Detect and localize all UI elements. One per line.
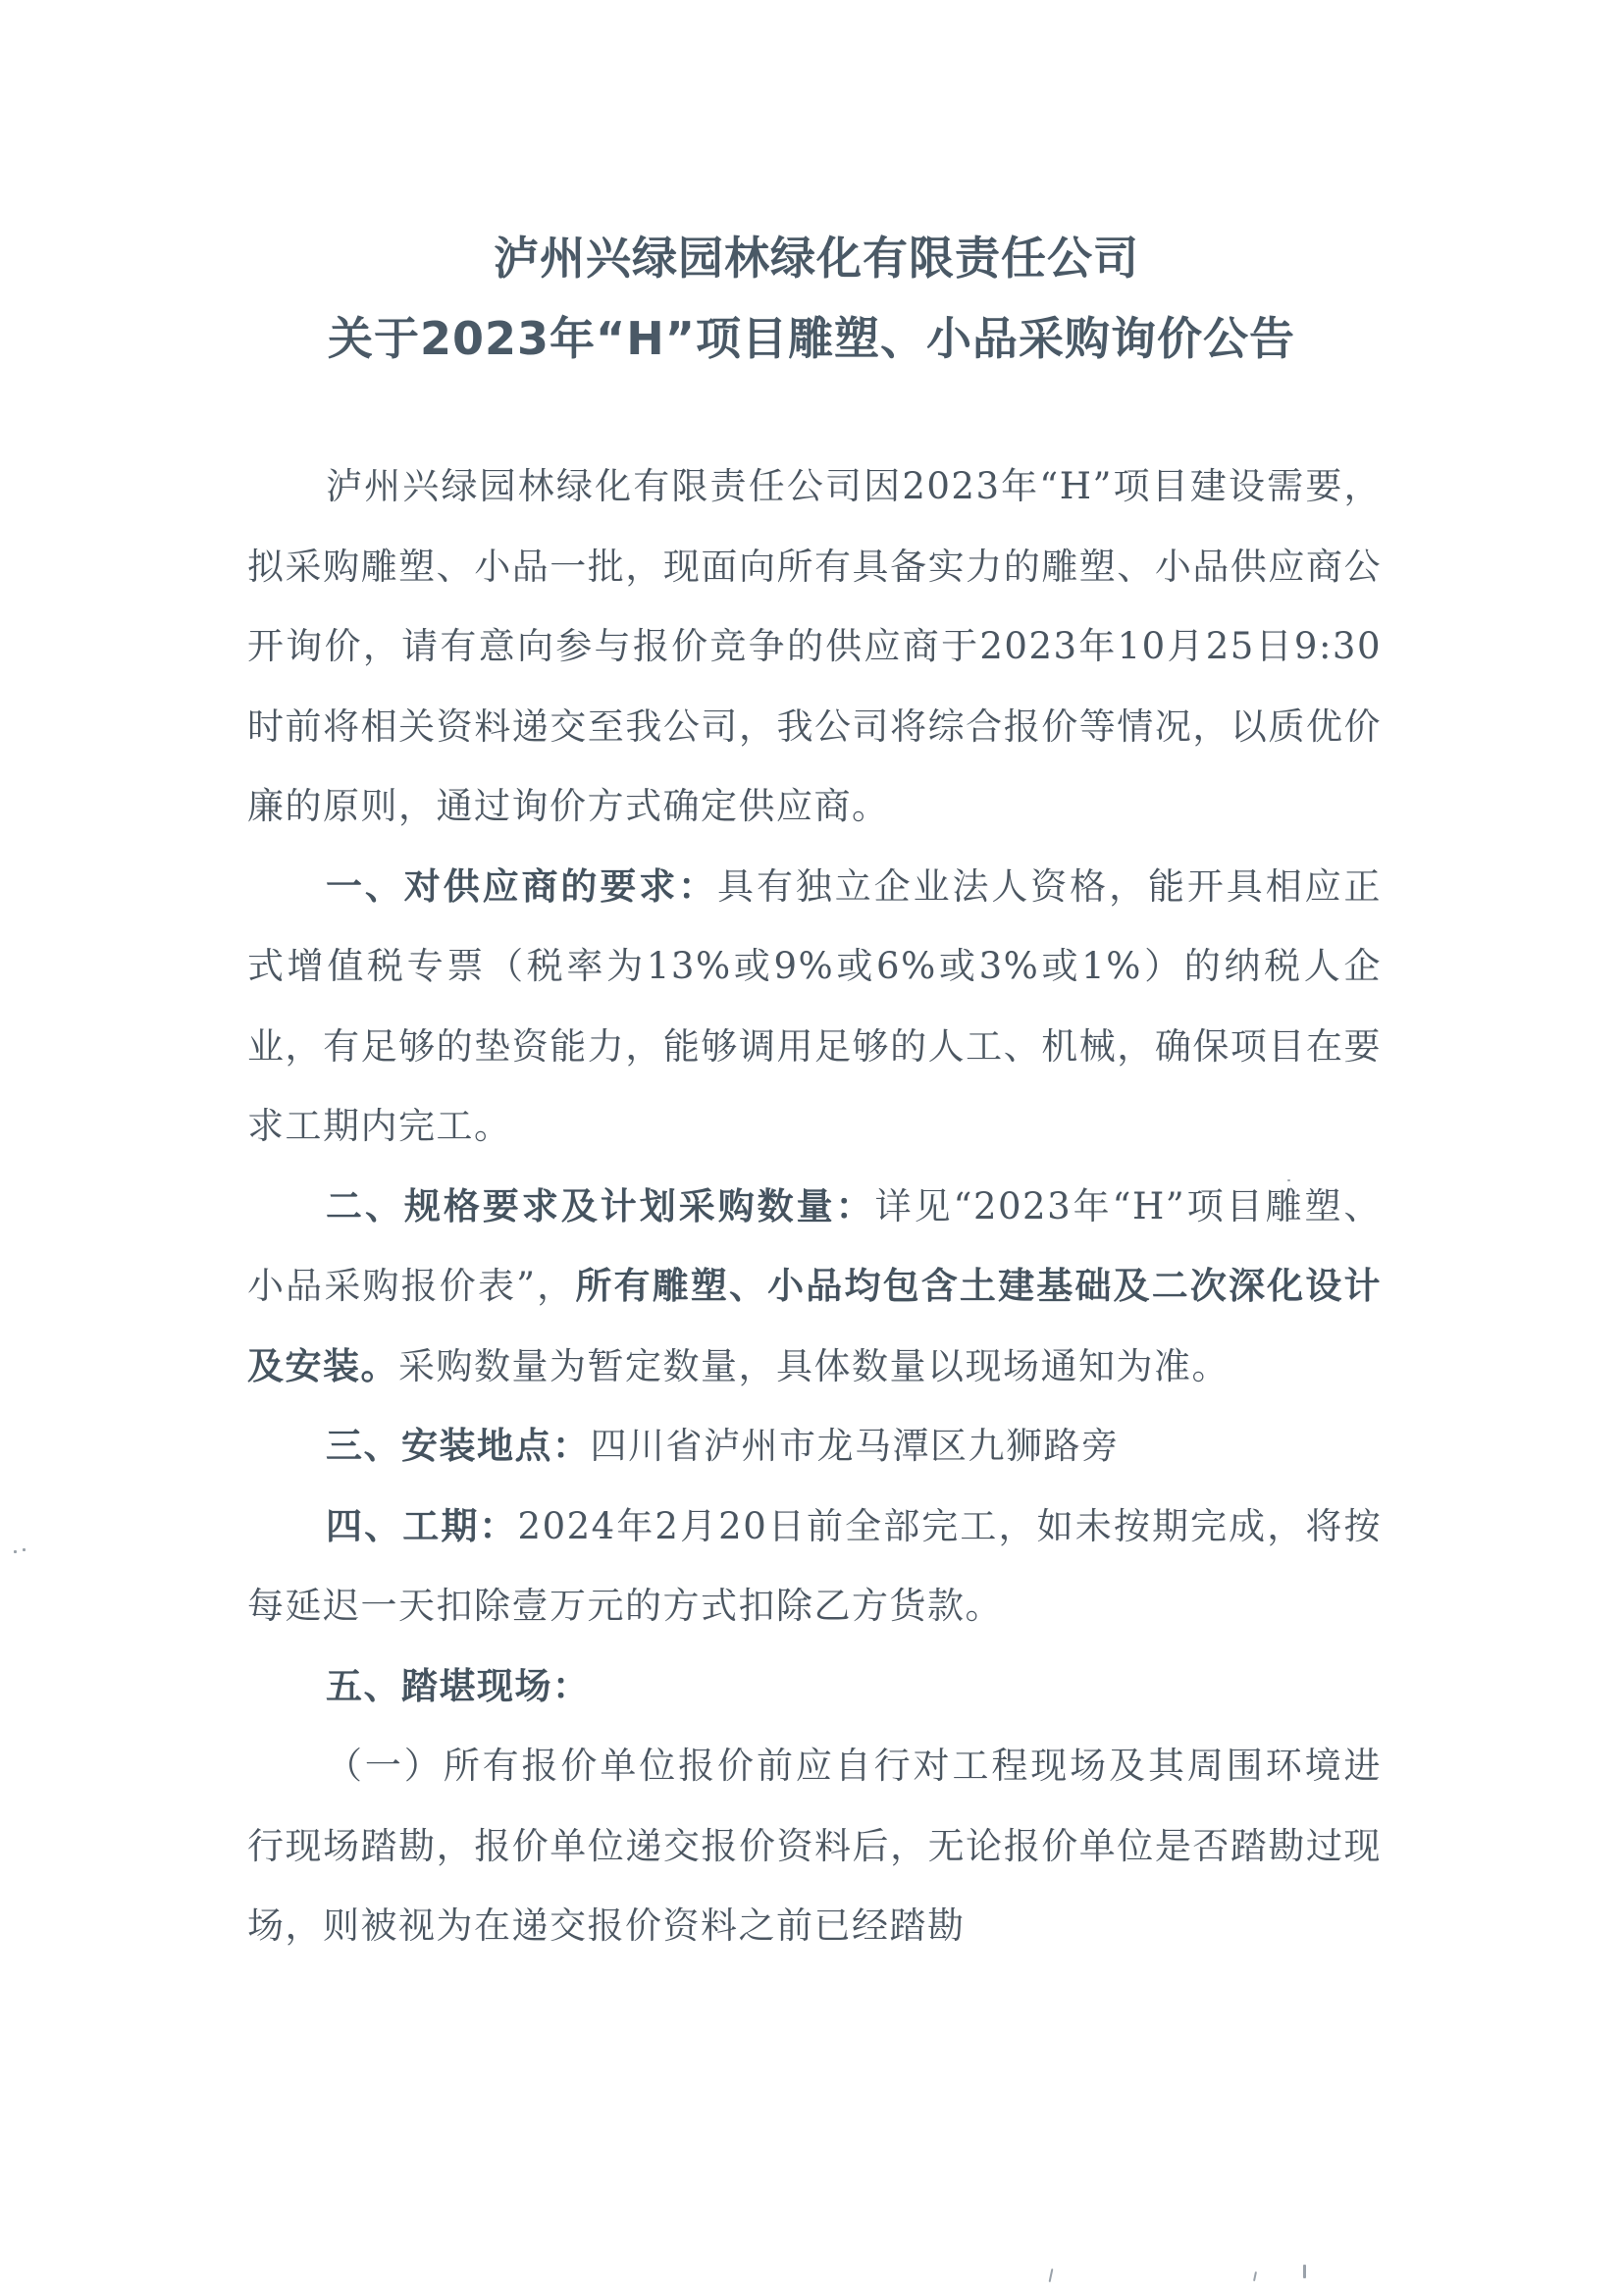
subsection-site-survey-1: （一）所有报价单位报价前应自行对工程现场及其周围环境进行现场踏勘，报价单位递交报… (247, 1726, 1382, 1966)
section-text: 采购数量为暂定数量，具体数量以现场通知为准。 (398, 1345, 1230, 1387)
section-heading: 四、工期： (326, 1505, 518, 1547)
title-company: 泸州兴绿园林绿化有限责任公司 (0, 218, 1623, 298)
document-title: 泸州兴绿园林绿化有限责任公司 关于2023年“H”项目雕塑、小品采购询价公告 (0, 218, 1623, 379)
section-schedule: 四、工期：2024年2月20日前全部完工，如未按期完成，将按每延迟一天扣除壹万元… (247, 1487, 1382, 1646)
section-heading: 一、对供应商的要求： (326, 865, 717, 908)
scan-speck (1049, 2269, 1054, 2282)
title-subject: 关于2023年“H”项目雕塑、小品采购询价公告 (0, 298, 1623, 379)
document-body: 泸州兴绿园林绿化有限责任公司因2023年“H”项目建设需要，拟采购雕塑、小品一批… (247, 446, 1382, 1966)
section-heading: 二、规格要求及计划采购数量： (326, 1185, 875, 1227)
section-specifications: 二、规格要求及计划采购数量：详见“2023年“H”项目雕塑、小品采购报价表”，所… (247, 1167, 1382, 1407)
scan-speck (1303, 2265, 1306, 2278)
section-install-location: 三、安装地点：四川省泸州市龙马潭区九狮路旁 (247, 1406, 1382, 1487)
section-site-survey: 五、踏堪现场： (247, 1646, 1382, 1727)
scan-speck (23, 1548, 26, 1551)
section-heading: 三、安装地点： (326, 1425, 591, 1467)
section-text: 四川省泸州市龙马潭区九狮路旁 (591, 1425, 1120, 1467)
scan-speck (1253, 2271, 1257, 2281)
intro-paragraph: 泸州兴绿园林绿化有限责任公司因2023年“H”项目建设需要，拟采购雕塑、小品一批… (247, 446, 1382, 847)
section-supplier-requirements: 一、对供应商的要求：具有独立企业法人资格，能开具相应正式增值税专票（税率为13%… (247, 847, 1382, 1167)
scan-speck (14, 1550, 17, 1553)
document-page: 泸州兴绿园林绿化有限责任公司 关于2023年“H”项目雕塑、小品采购询价公告 泸… (0, 0, 1623, 2296)
scan-speck (1287, 1179, 1290, 1181)
section-heading: 五、踏堪现场： (326, 1665, 591, 1707)
